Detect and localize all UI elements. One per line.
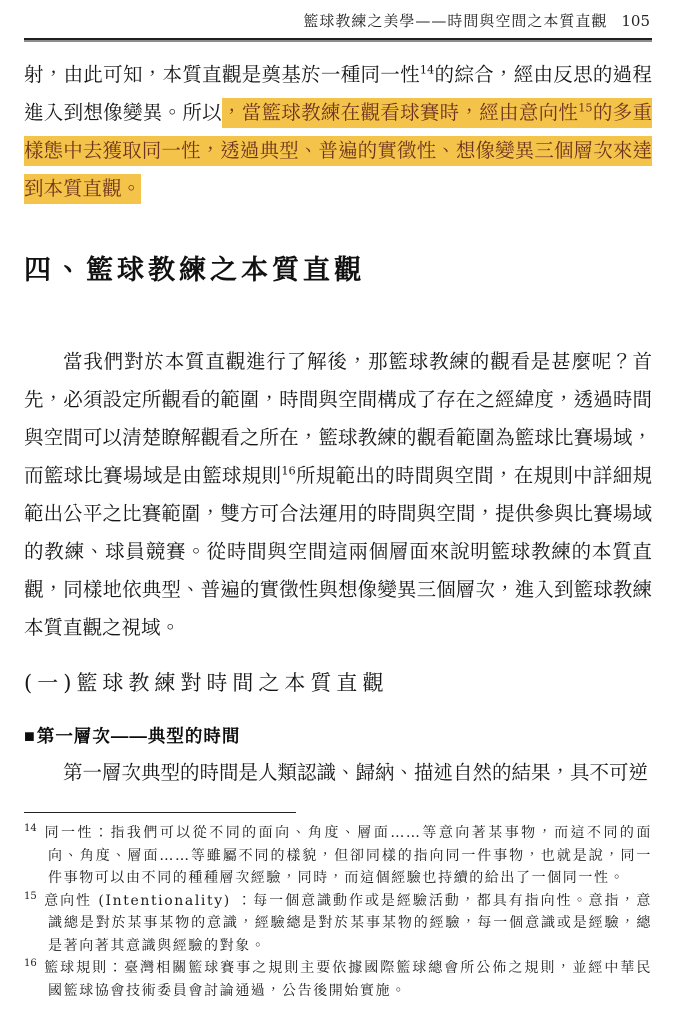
footnotes-section: 14同一性：指我們可以從不同的面向、角度、層面……等意向著某事物，而這不同的面向…: [24, 822, 652, 1002]
level-heading-text: 第一層次——典型的時間: [37, 726, 241, 746]
level-heading: ■第一層次——典型的時間: [24, 723, 652, 748]
paragraph-intro: 射，由此可知，本質直觀是奠基於一種同一性14的綜合，經由反思的過程進入到想像變異…: [24, 56, 652, 208]
highlight-text-1: ，當籃球教練在觀看球賽時，經由意向性: [222, 101, 578, 124]
page-number: 105: [621, 12, 650, 30]
footnote-ref-16: 16: [281, 465, 295, 478]
paragraph-main: 當我們對於本質直觀進行了解後，那籃球教練的觀看是甚麼呢？首先，必須設定所觀看的範…: [24, 343, 652, 647]
footnote-16-text: 籃球規則：臺灣相關籃球賽事之規則主要依據國際籃球總會所公佈之規則，並經中華民國籃…: [44, 960, 652, 999]
document-page: 籃球教練之美學——時間與空間之本質直觀105 射，由此可知，本質直觀是奠基於一種…: [0, 0, 676, 1023]
footnote-14-number: 14: [24, 823, 44, 834]
footnote-15: 15意向性 (Intentionality) ：每一個意識動作或是經驗活動，都具…: [24, 890, 652, 958]
footnote-ref-15: 15: [578, 102, 592, 115]
footnote-ref-14: 14: [420, 64, 434, 77]
footnote-separator: [24, 812, 296, 813]
footnote-15-text: 意向性 (Intentionality) ：每一個意識動作或是經驗活動，都具有指…: [44, 893, 652, 954]
footnote-14: 14同一性：指我們可以從不同的面向、角度、層面……等意向著某事物，而這不同的面向…: [24, 822, 652, 890]
section-heading: 四、籃球教練之本質直觀: [24, 248, 652, 287]
para1-text-1: 射，由此可知，本質直觀是奠基於一種同一性: [24, 63, 420, 86]
para2-text-2: 所規範出的時間與空間，在規則中詳細規範出公平之比賽範圍，雙方可合法運用的時間與空…: [24, 464, 652, 639]
black-square-icon: ■: [24, 726, 36, 746]
footnote-16-number: 16: [24, 958, 44, 969]
paragraph-level-one: 第一層次典型的時間是人類認識、歸納、描述自然的結果，具不可逆: [24, 754, 652, 792]
subsection-heading: (一)籃球教練對時間之本質直觀: [24, 667, 652, 697]
running-header: 籃球教練之美學——時間與空間之本質直觀105: [24, 10, 652, 31]
running-header-title: 籃球教練之美學——時間與空間之本質直觀: [303, 12, 607, 30]
header-rule: [24, 38, 652, 42]
footnote-16: 16籃球規則：臺灣相關籃球賽事之規則主要依據國際籃球總會所公佈之規則，並經中華民…: [24, 957, 652, 1002]
footnote-15-number: 15: [24, 891, 44, 902]
footnote-14-text: 同一性：指我們可以從不同的面向、角度、層面……等意向著某事物，而這不同的面向、角…: [44, 825, 652, 886]
